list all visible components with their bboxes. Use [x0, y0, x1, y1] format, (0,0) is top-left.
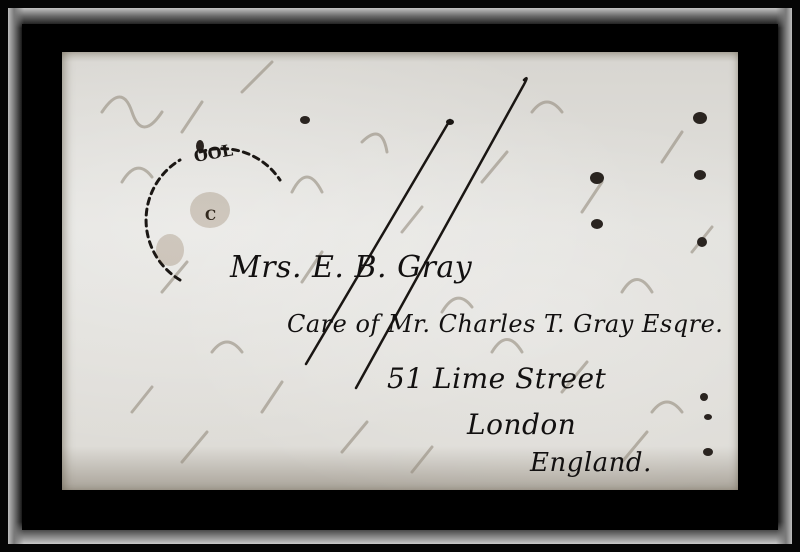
address-line-recipient: Mrs. E. B. Gray: [230, 250, 472, 285]
address-line-street: 51 Lime Street: [387, 362, 606, 395]
address-line-country: England.: [530, 448, 652, 478]
letter-cover: OOL C Mrs. E. B. Gray Care of Mr. Charle…: [62, 52, 738, 490]
address-line-city: London: [467, 408, 576, 441]
address-line-care-of: Care of Mr. Charles T. Gray Esqre.: [287, 310, 723, 338]
